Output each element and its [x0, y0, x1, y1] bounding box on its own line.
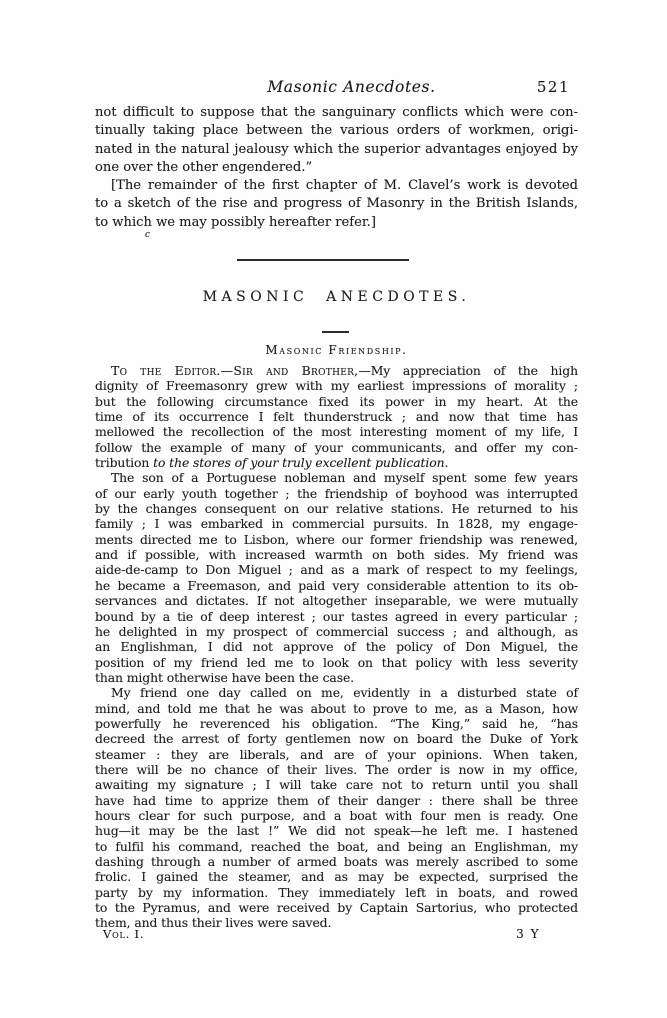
text-line: position of my friend led me to look on … — [95, 655, 578, 670]
text-line: to the Pyramus, and were received by Cap… — [95, 900, 578, 915]
text-line: dashing through a number of armed boats … — [95, 854, 578, 869]
volume-label: Vol. I. — [103, 927, 144, 941]
text-line: aide-de-camp to Don Miguel ; and as a ma… — [95, 562, 578, 577]
text-line: mind, and told me that he was about to p… — [95, 701, 578, 716]
page-header: Masonic Anecdotes. 521 — [95, 78, 578, 98]
text-line: to a sketch of the rise and progress of … — [95, 195, 578, 213]
text-line: by the changes consequent on our relativ… — [95, 501, 578, 516]
page-footer: Vol. I. 3 Y — [95, 927, 578, 945]
scan-artifact-mark: c — [145, 230, 150, 240]
text-line: To the Editor.—Sir and Brother,—My appre… — [95, 363, 578, 378]
text-line: dignity of Freemasonry grew with my earl… — [95, 378, 578, 393]
text-line: of our early youth together ; the friend… — [95, 486, 578, 501]
page-number: 521 — [537, 78, 570, 96]
text-line: hug—it may be the last !” We did not spe… — [95, 823, 578, 838]
text-line: there will be no chance of their lives. … — [95, 762, 578, 777]
line-roman-part: tribution — [95, 455, 153, 470]
text-line: follow the example of many of your commu… — [95, 440, 578, 455]
article-title: MASONIC ANECDOTES. — [95, 289, 578, 305]
text-line: bound by a tie of deep interest ; our ta… — [95, 609, 578, 624]
text-line: frolic. I gained the steamer, and as may… — [95, 869, 578, 884]
text-line: he delighted in my prospect of commercia… — [95, 624, 578, 639]
title-divider — [322, 331, 349, 333]
text-line: mellowed the recollection of the most in… — [95, 424, 578, 439]
text-line: My friend one day called on me, evidentl… — [95, 685, 578, 700]
text-line: he became a Freemason, and paid very con… — [95, 578, 578, 593]
intro-block: not difficult to suppose that the sangui… — [95, 104, 578, 232]
text-line: time of its occurrence I felt thunderstr… — [95, 409, 578, 424]
text-line: powerfully he reverenced his obligation.… — [95, 716, 578, 731]
text-line: to which we may possibly hereafter refer… — [95, 214, 578, 232]
text-line: family ; I was embarked in commercial pu… — [95, 516, 578, 531]
signature-mark: 3 Y — [516, 927, 540, 941]
text-line: than might otherwise have been the case. — [95, 670, 578, 685]
text-line: have had time to apprize them of their d… — [95, 793, 578, 808]
text-line: one over the other engendered.” — [95, 159, 578, 177]
text-line: ments directed me to Lisbon, where our f… — [95, 532, 578, 547]
text-line: not difficult to suppose that the sangui… — [95, 104, 578, 122]
text-line: awaiting my signature ; I will take care… — [95, 777, 578, 792]
scanned-book-page: Masonic Anecdotes. 521 not difficult to … — [0, 0, 667, 1018]
section-heading: Masonic Friendship. — [95, 343, 578, 357]
salutation-rest: —My appreciation of the high — [358, 363, 578, 378]
text-line: [The remainder of the first chapter of M… — [95, 177, 578, 195]
text-line: to fulfil his command, reached the boat,… — [95, 839, 578, 854]
text-line: party by my information. They immediatel… — [95, 885, 578, 900]
section-divider — [237, 259, 409, 261]
text-line: hours clear for such purpose, and a boat… — [95, 808, 578, 823]
text-line: steamer : they are liberals, and are of … — [95, 747, 578, 762]
text-line: The son of a Portuguese nobleman and mys… — [95, 470, 578, 485]
text-line: tribution to the stores of your truly ex… — [95, 455, 578, 470]
text-line: servances and dictates. If not altogethe… — [95, 593, 578, 608]
text-line: but the following circumstance fixed its… — [95, 394, 578, 409]
letter-body: To the Editor.—Sir and Brother,—My appre… — [95, 363, 578, 931]
text-line: tinually taking place between the variou… — [95, 122, 578, 140]
text-line: and if possible, with increased warmth o… — [95, 547, 578, 562]
text-line: nated in the natural jealousy which the … — [95, 141, 578, 159]
salutation: To the Editor.—Sir and Brother, — [111, 363, 358, 378]
line-italic-part: to the stores of your truly excellent pu… — [153, 455, 448, 470]
text-line: an Englishman, I did not approve of the … — [95, 639, 578, 654]
running-title: Masonic Anecdotes. — [125, 78, 578, 96]
text-line: decreed the arrest of forty gentlemen no… — [95, 731, 578, 746]
